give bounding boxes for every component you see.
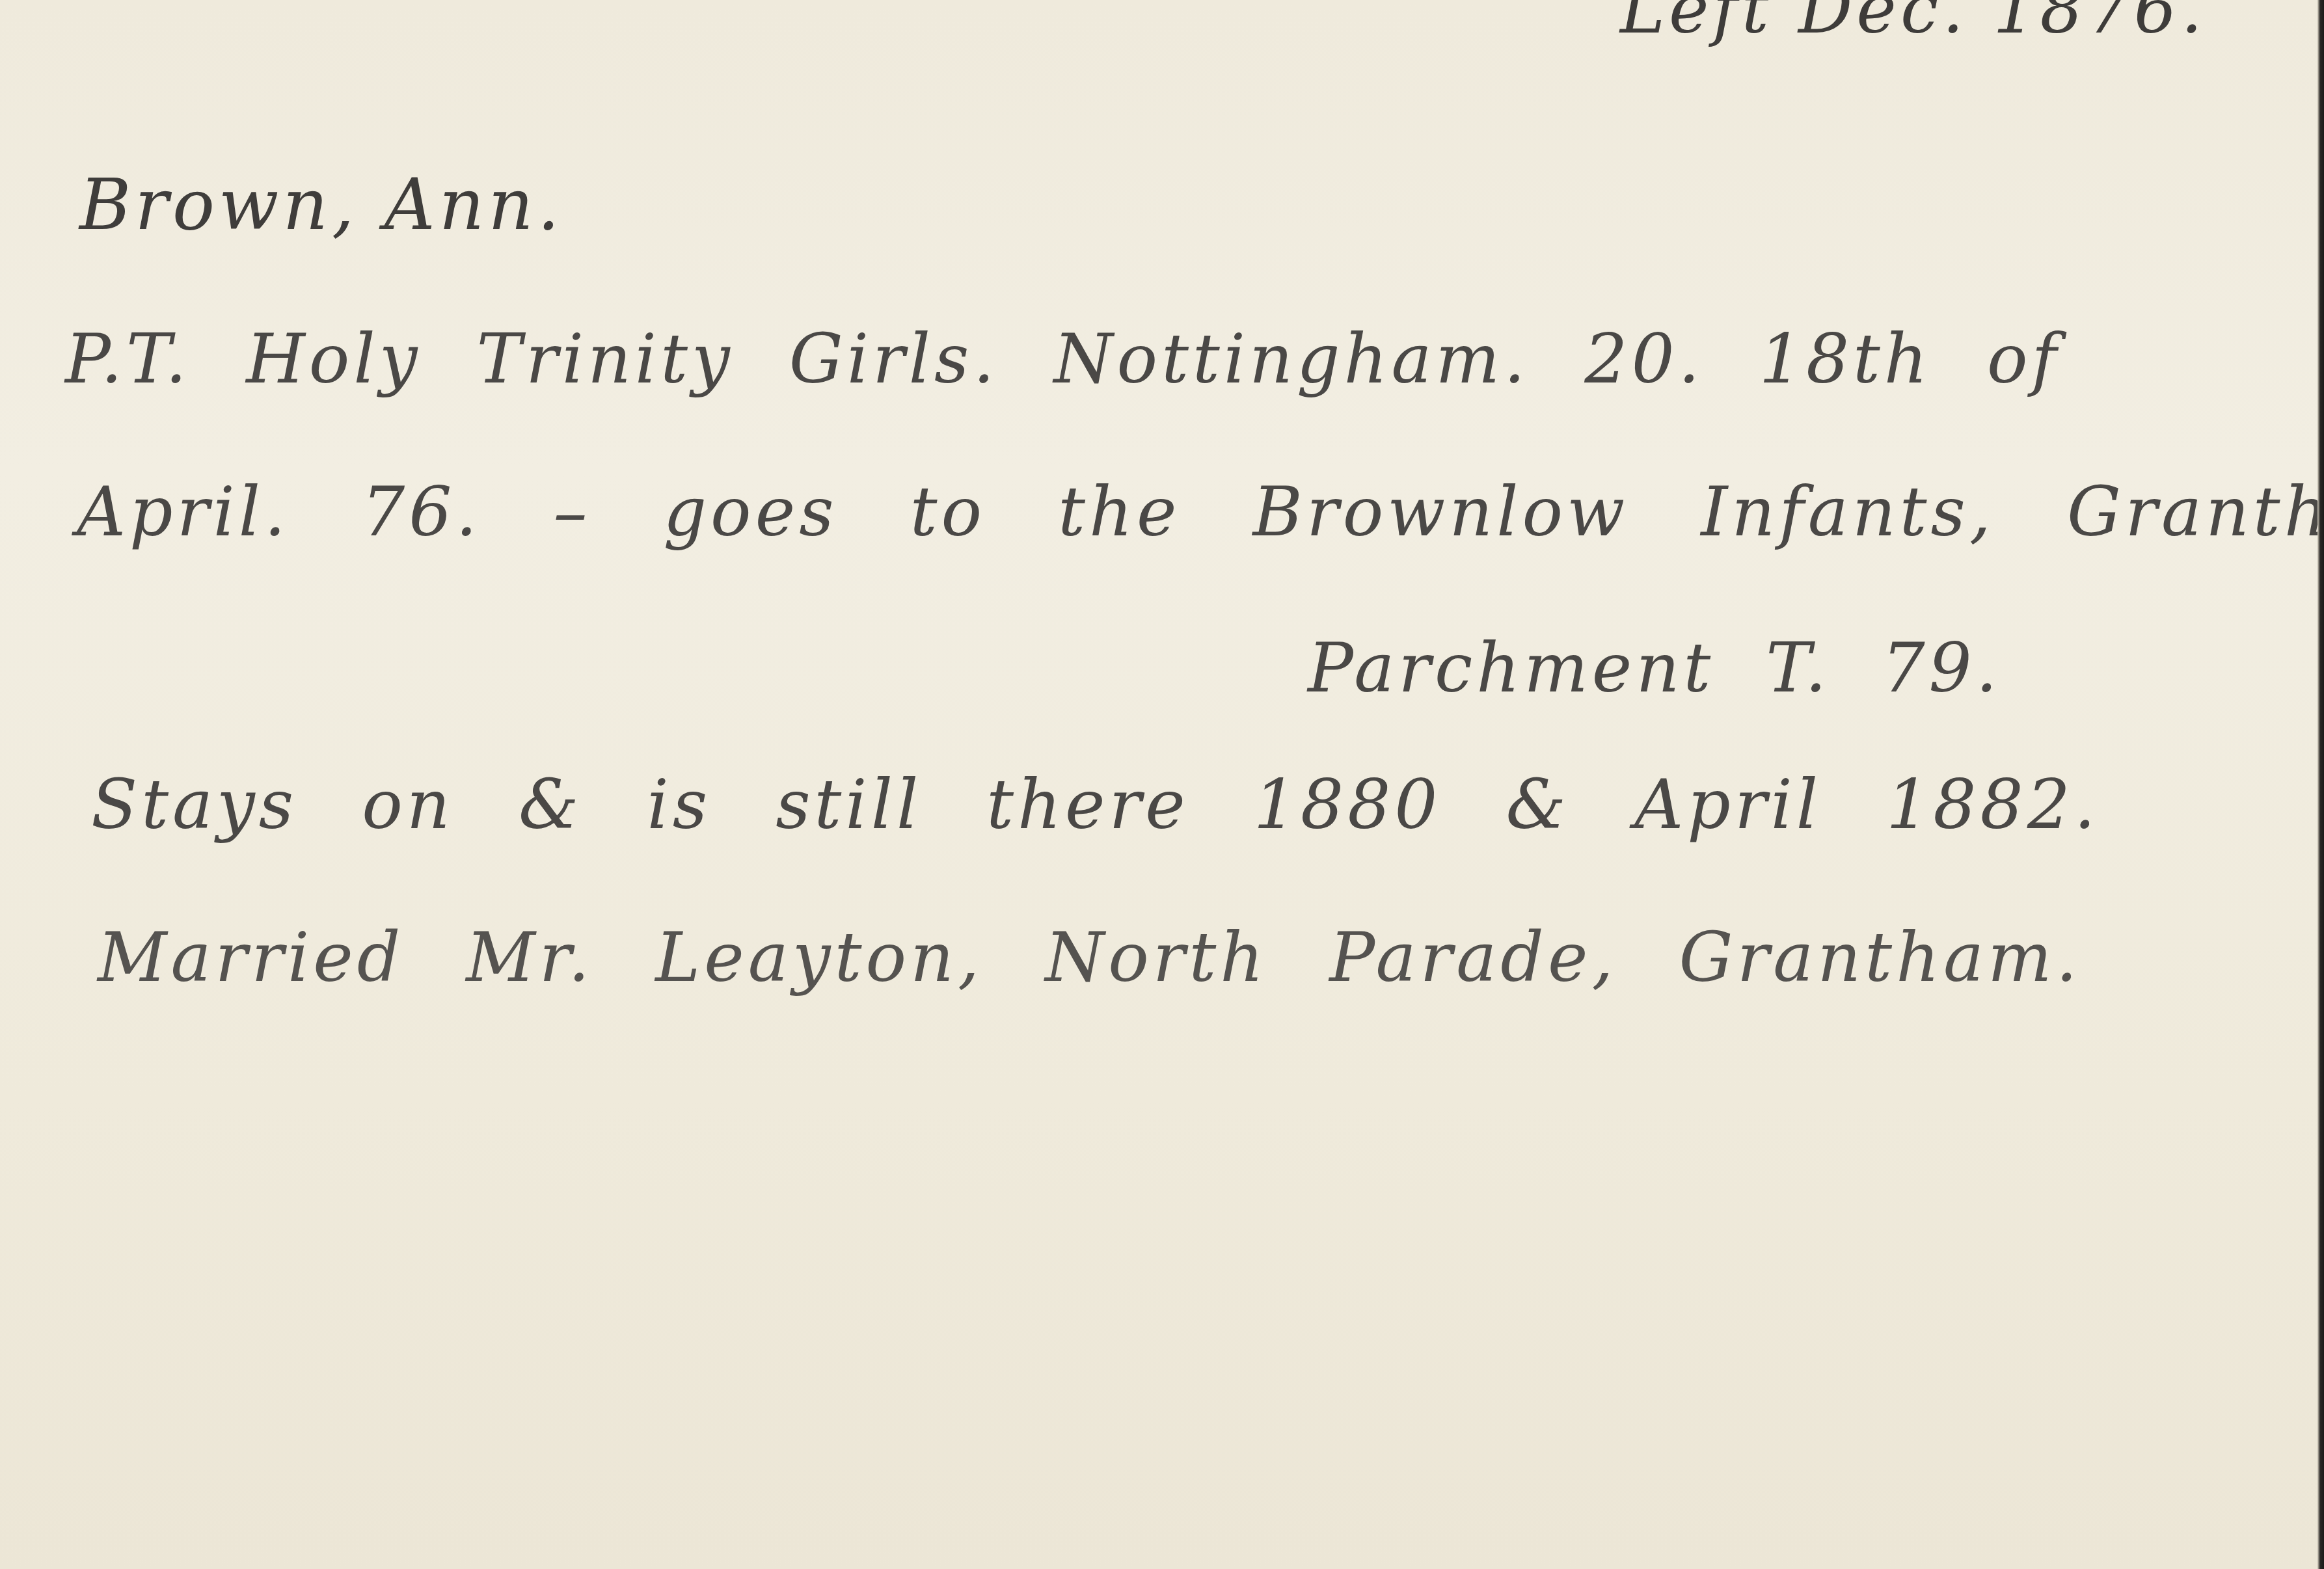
page-edge-shadow	[2317, 0, 2324, 1569]
header-note: Left Dec. 1876.	[1620, 0, 2206, 43]
entry-line-3: Stays on & is still there 1880 & April 1…	[91, 771, 2100, 838]
entry-name: Brown, Ann.	[79, 170, 563, 241]
entry-line-2: April. 76. – goes to the Brownlow Infant…	[77, 478, 2324, 546]
entry-line-parchment: Parchment T. 79.	[1308, 634, 2001, 702]
entry-line-1: P.T. Holy Trinity Girls. Nottingham. 20.…	[65, 325, 2061, 393]
entry-line-4: Married Mr. Leayton, North Parade, Grant…	[98, 924, 2081, 991]
document-page: Left Dec. 1876. Brown, Ann. P.T. Holy Tr…	[0, 0, 2317, 1569]
